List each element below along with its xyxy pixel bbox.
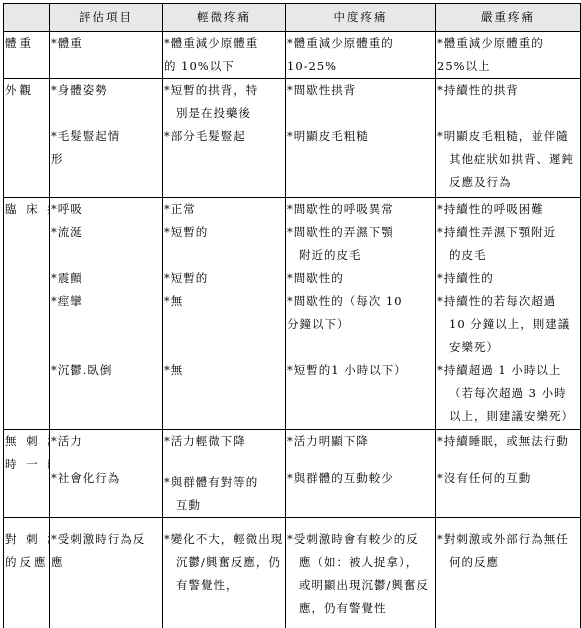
mild-cell: *正常 *短暫的 *短暫的 *無 *無 xyxy=(163,198,286,430)
items-cell: *呼吸 *流涎 *震顫 *痙攣 *沉鬱.臥倒 xyxy=(50,198,163,430)
severe-text: 25%以上 xyxy=(437,55,579,78)
mild-text: *短暫的 xyxy=(164,267,284,290)
severe-cell: *對刺激或外部行為無任 何的反應 xyxy=(436,518,581,628)
severe-cell: *體重減少原體重的 25%以上 xyxy=(436,32,581,79)
item-text: *體重 xyxy=(51,32,161,55)
severe-text: *持續性的呼吸困難 xyxy=(437,198,579,221)
mild-text: *與群體有對等的 xyxy=(164,471,284,494)
item-text: *活力 xyxy=(51,430,161,453)
items-cell: *活力 *社會化行為 xyxy=(50,430,163,518)
severe-text: *持續睡眠，或無法行動 xyxy=(437,430,579,453)
moderate-text: 或明顯出現沉鬱/興奮反 xyxy=(287,574,434,597)
severe-cell: *持續睡眠，或無法行動 *沒有任何的互動 xyxy=(436,430,581,518)
moderate-text: *與群體的互動較少 xyxy=(287,467,434,490)
mild-text: 的 10%以下 xyxy=(164,55,284,78)
moderate-text: *體重減少原體重的 xyxy=(287,32,434,55)
category-label: 對 刺 激 xyxy=(5,528,48,551)
moderate-text: *間歇性的呼吸異常 xyxy=(287,198,434,221)
table-row-appearance: 外觀 *身體姿勢 *毛髮豎起情 形 *短暫的拱背，特 別是在投藥後 *部分毛髮豎… xyxy=(4,79,581,198)
mild-text: 有警覺性， xyxy=(164,574,284,597)
moderate-cell: *間歇性拱背 *明顯皮毛粗糙 xyxy=(286,79,436,198)
category-cell: 對 刺 激 的反應 xyxy=(4,518,50,628)
moderate-text: 附近的皮毛 xyxy=(287,244,434,267)
severe-text: （若每次超過 3 小時 xyxy=(437,382,579,405)
category-cell: 體重 xyxy=(4,32,50,79)
category-label: 臨 床 症 xyxy=(5,198,48,221)
header-severe-pain: 嚴重疼痛 xyxy=(436,4,581,32)
header-assessment-item: 評估項目 xyxy=(50,4,163,32)
header-mild-pain: 輕微疼痛 xyxy=(163,4,286,32)
header-blank xyxy=(4,4,50,32)
severe-text: *持續性的若每次超過 xyxy=(437,290,579,313)
moderate-cell: *活力明顯下降 *與群體的互動較少 xyxy=(286,430,436,518)
category-label: 外觀 xyxy=(5,79,48,102)
moderate-text: *間歇性的 xyxy=(287,267,434,290)
header-row: 評估項目 輕微疼痛 中度疼痛 嚴重疼痛 xyxy=(4,4,581,32)
moderate-text: *短暫的1 小時以下） xyxy=(287,359,434,382)
item-text: *痙攣 xyxy=(51,290,161,313)
table-row-weight: 體重 *體重 *體重減少原體重 的 10%以下 *體重減少原體重的 10-25%… xyxy=(4,32,581,79)
table-row-clinical-signs: 臨 床 症 *呼吸 *流涎 *震顫 *痙攣 *沉鬱.臥倒 *正常 *短暫的 *短… xyxy=(4,198,581,430)
category-label: 時 一 般 xyxy=(5,453,48,476)
category-cell: 無 刺 激 時 一 般 xyxy=(4,430,50,518)
mild-text: *短暫的 xyxy=(164,221,284,244)
mild-text: *無 xyxy=(164,359,284,382)
item-text: *毛髮豎起情 xyxy=(51,125,161,148)
mild-cell: *變化不大，輕微出現 沉鬱/興奮反應，仍 有警覺性， xyxy=(163,518,286,628)
mild-text: *活力輕微下降 xyxy=(164,430,284,453)
item-text: *呼吸 xyxy=(51,198,161,221)
item-text: *社會化行為 xyxy=(51,467,161,490)
severe-text: 反應及行為 xyxy=(437,171,579,194)
mild-cell: *活力輕微下降 *與群體有對等的 互動 xyxy=(163,430,286,518)
moderate-text: *間歇性的（每次 10 xyxy=(287,290,434,313)
header-moderate-pain: 中度疼痛 xyxy=(286,4,436,32)
severe-cell: *持續性的拱背 *明顯皮毛粗糙，並伴隨 其他症狀如拱背、遲鈍 反應及行為 xyxy=(436,79,581,198)
category-label: 體重 xyxy=(5,32,48,55)
severe-text: *對刺激或外部行為無任 xyxy=(437,528,579,551)
items-cell: *體重 xyxy=(50,32,163,79)
moderate-text: *明顯皮毛粗糙 xyxy=(287,125,434,148)
mild-text: 沉鬱/興奮反應，仍 xyxy=(164,551,284,574)
mild-text: *變化不大，輕微出現 xyxy=(164,528,284,551)
category-label: 無 刺 激 xyxy=(5,430,48,453)
moderate-cell: *體重減少原體重的 10-25% xyxy=(286,32,436,79)
mild-text: *無 xyxy=(164,290,284,313)
severe-text: *體重減少原體重的 xyxy=(437,32,579,55)
moderate-cell: *間歇性的呼吸異常 *間歇性的弄濕下顎 附近的皮毛 *間歇性的 *間歇性的（每次… xyxy=(286,198,436,430)
mild-cell: *體重減少原體重 的 10%以下 xyxy=(163,32,286,79)
category-cell: 臨 床 症 xyxy=(4,198,50,430)
mild-cell: *短暫的拱背，特 別是在投藥後 *部分毛髮豎起 xyxy=(163,79,286,198)
item-text: *流涎 xyxy=(51,221,161,244)
mild-text: *部分毛髮豎起 xyxy=(164,125,284,148)
item-text: *受刺激時行為反 xyxy=(51,528,161,551)
mild-text: 互動 xyxy=(164,494,284,517)
severe-cell: *持續性的呼吸困難 *持續性弄濕下顎附近 的皮毛 *持續性的 *持續性的若每次超… xyxy=(436,198,581,430)
item-text: 應 xyxy=(51,551,161,574)
severe-text: 以上，則建議安樂死） xyxy=(437,405,579,428)
severe-text: 其他症狀如拱背、遲鈍 xyxy=(437,148,579,171)
severe-text: 何的反應 xyxy=(437,551,579,574)
category-label: 的反應 xyxy=(5,551,48,574)
moderate-text: 應，仍有警覺性 xyxy=(287,597,434,620)
severe-text: *持續性的 xyxy=(437,267,579,290)
item-text: *身體姿勢 xyxy=(51,79,161,102)
moderate-text: *活力明顯下降 xyxy=(287,430,434,453)
moderate-text: 10-25% xyxy=(287,55,434,78)
moderate-text: *間歇性的弄濕下顎 xyxy=(287,221,434,244)
table-row-unprovoked: 無 刺 激 時 一 般 *活力 *社會化行為 *活力輕微下降 *與群體有對等的 … xyxy=(4,430,581,518)
items-cell: *身體姿勢 *毛髮豎起情 形 xyxy=(50,79,163,198)
severe-text: *持續超過 1 小時以上 xyxy=(437,359,579,382)
severe-text: *持續性弄濕下顎附近 xyxy=(437,221,579,244)
moderate-cell: *受刺激時會有較少的反 應（如：被人捉拿）， 或明顯出現沉鬱/興奮反 應，仍有警… xyxy=(286,518,436,628)
item-text: *沉鬱.臥倒 xyxy=(51,359,161,382)
severe-text: *明顯皮毛粗糙，並伴隨 xyxy=(437,125,579,148)
item-text: 形 xyxy=(51,148,161,171)
moderate-text: *受刺激時會有較少的反 xyxy=(287,528,434,551)
category-cell: 外觀 xyxy=(4,79,50,198)
table-row-provoked: 對 刺 激 的反應 *受刺激時行為反 應 *變化不大，輕微出現 沉鬱/興奮反應，… xyxy=(4,518,581,628)
mild-text: 別是在投藥後 xyxy=(164,102,284,125)
moderate-text: 分鐘以下） xyxy=(287,313,434,336)
mild-text: *正常 xyxy=(164,198,284,221)
mild-text: *體重減少原體重 xyxy=(164,32,284,55)
mild-text: *短暫的拱背，特 xyxy=(164,79,284,102)
item-text: *震顫 xyxy=(51,267,161,290)
items-cell: *受刺激時行為反 應 xyxy=(50,518,163,628)
severe-text: 10 分鐘以上，則建議 xyxy=(437,313,579,336)
severe-text: 安樂死） xyxy=(437,336,579,359)
severe-text: 的皮毛 xyxy=(437,244,579,267)
severe-text: *沒有任何的互動 xyxy=(437,467,579,490)
moderate-text: *間歇性拱背 xyxy=(287,79,434,102)
severe-text: *持續性的拱背 xyxy=(437,79,579,102)
moderate-text: 應（如：被人捉拿）， xyxy=(287,551,434,574)
pain-assessment-table: 評估項目 輕微疼痛 中度疼痛 嚴重疼痛 體重 *體重 *體重減少原體重 的 10… xyxy=(3,3,581,628)
